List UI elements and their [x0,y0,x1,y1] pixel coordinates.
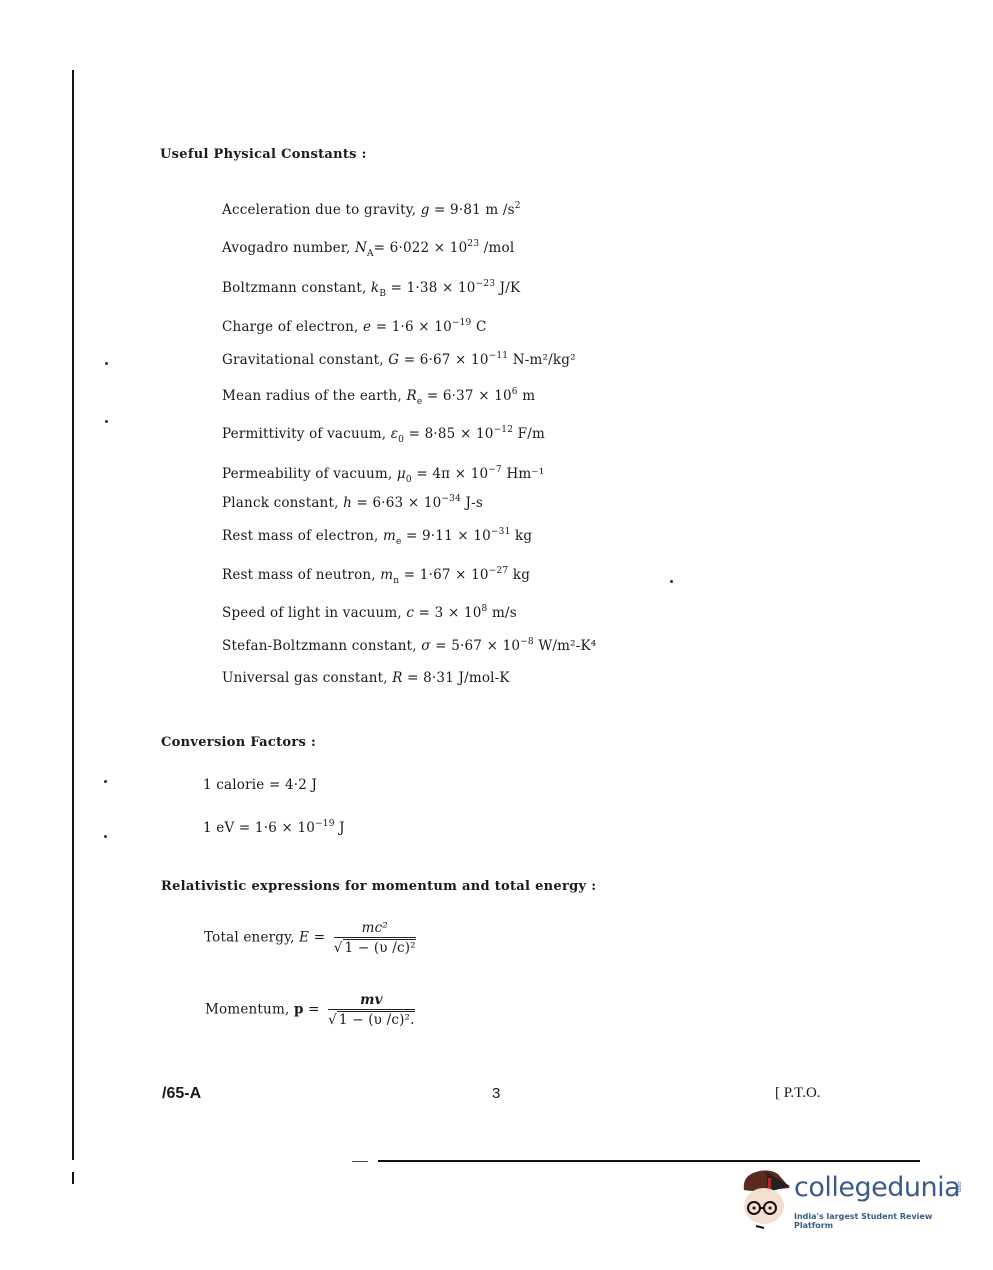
constant-row: Gravitational constant, G = 6·67 × 10−11… [222,352,576,368]
constant-row: Charge of electron, e = 1·6 × 10−19 C [222,319,486,335]
constant-row: Permeability of vacuum, μ0 = 4π × 10−7 H… [222,466,544,482]
scan-speck [104,780,107,783]
mascot-icon [738,1168,794,1230]
constant-row: Rest mass of neutron, mn = 1·67 × 10−27 … [222,567,530,583]
constant-row: Acceleration due to gravity, g = 9·81 m … [222,202,521,218]
constant-row: Stefan-Boltzmann constant, σ = 5·67 × 10… [222,638,596,654]
conversion-calorie: 1 calorie = 4·2 J [203,777,317,793]
page-margin-line-stub [72,1172,74,1184]
constant-row: Mean radius of the earth, Re = 6·37 × 10… [222,388,535,404]
relativistic-heading: Relativistic expressions for momentum an… [161,879,596,894]
constant-row: Speed of light in vacuum, c = 3 × 108 m/… [222,605,517,621]
scan-speck [670,580,673,583]
constant-row: Permittivity of vacuum, ε0 = 8·85 × 10−1… [222,426,545,442]
constant-row: Avogadro number, NA= 6·022 × 1023 /mol [222,240,514,256]
page-number: 3 [492,1085,500,1102]
brand-tagline: India's largest Student Review Platform [794,1212,963,1230]
scan-speck [105,362,108,365]
constants-heading: Useful Physical Constants : [160,147,367,162]
energy-fraction: mc² √1 − (υ /c)² [334,920,416,956]
scan-speck [104,835,107,838]
bottom-rule [378,1160,920,1162]
pto-label: [ P.T.O. [775,1085,821,1102]
constant-row: Planck constant, h = 6·63 × 10−34 J-s [222,495,483,511]
page-margin-line [72,70,74,1160]
total-energy-formula: Total energy, E = mc² √1 − (υ /c)² [204,920,416,956]
conversion-ev: 1 eV = 1·6 × 10−19 J [203,820,345,836]
brand-name: collegedunia [794,1172,960,1203]
momentum-formula: Momentum, p = mv √1 − (υ /c)². [205,992,415,1028]
bottom-rule-stub [352,1161,368,1162]
constant-row: Rest mass of electron, me = 9·11 × 10−31… [222,528,532,544]
collegedunia-watermark: collegedunia .com India's largest Studen… [738,1168,963,1230]
brand-suffix: .com [956,1180,962,1192]
constant-row: Boltzmann constant, kB = 1·38 × 10−23 J/… [222,280,520,296]
conversion-heading: Conversion Factors : [161,735,316,750]
paper-code: /65-A [162,1085,201,1103]
scan-speck [105,420,108,423]
constant-row: Universal gas constant, R = 8·31 J/mol-K [222,670,510,686]
momentum-fraction: mv √1 − (υ /c)². [328,992,415,1028]
